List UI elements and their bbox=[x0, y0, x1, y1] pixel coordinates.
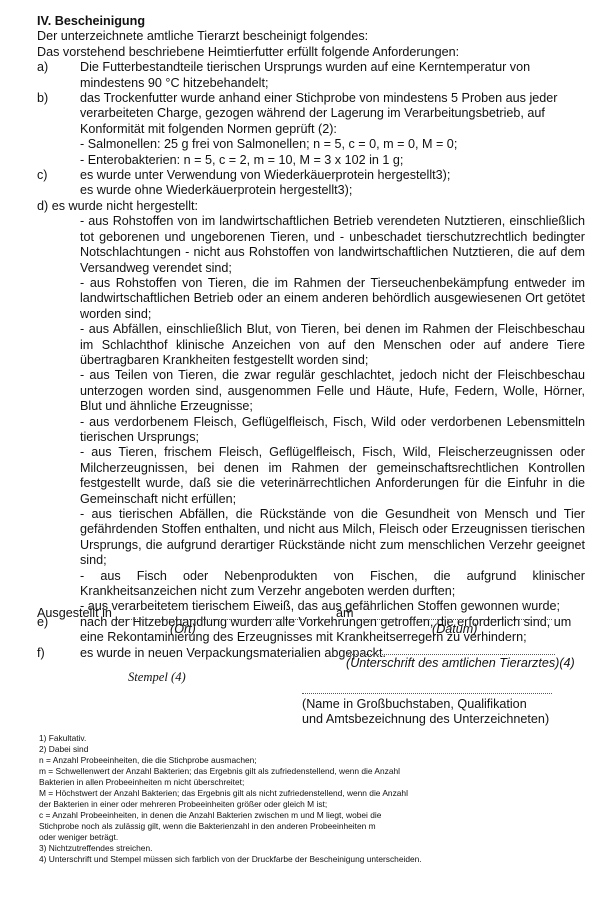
item-line: das Trockenfutter wurde anhand einer Sti… bbox=[80, 91, 585, 106]
exclusion-item: - aus Teilen von Tieren, die zwar regulä… bbox=[80, 368, 585, 414]
certificate-section: IV. Bescheinigung Der unterzeichnete amt… bbox=[37, 14, 585, 661]
name-caption: und Amtsbezeichnung des Unterzeichneten) bbox=[302, 712, 549, 727]
exclusion-item: - aus verdorbenem Fleisch, Geflügelfleis… bbox=[80, 415, 585, 446]
place-field[interactable] bbox=[115, 609, 332, 620]
item-line: - Enterobakterien: n = 5, c = 2, m = 10,… bbox=[80, 153, 585, 168]
intro-line: Das vorstehend beschriebene Heimtierfutt… bbox=[37, 45, 585, 60]
item-line: Konformität mit folgenden Normen geprüft… bbox=[80, 122, 585, 137]
footnote-line: Bakterien in allen Probeeinheiten m nich… bbox=[39, 777, 589, 788]
name-caption: (Name in Großbuchstaben, Qualifikation bbox=[302, 697, 527, 712]
exclusion-item: - aus Fisch oder Nebenprodukten von Fisc… bbox=[80, 569, 585, 600]
footnote-line: m = Schwellenwert der Anzahl Bakterien; … bbox=[39, 766, 589, 777]
place-caption: (Ort) bbox=[170, 622, 196, 637]
vet-signature-field[interactable] bbox=[346, 644, 555, 655]
exclusion-item: - aus Tieren, frischem Fleisch, Geflügel… bbox=[80, 445, 585, 507]
footnote-line: M = Höchstwert der Anzahl Bakterien; das… bbox=[39, 788, 589, 799]
footnote-line: Stichprobe noch als zulässig gilt, wenn … bbox=[39, 821, 589, 832]
requirement-b: b) das Trockenfutter wurde anhand einer … bbox=[37, 91, 585, 168]
am-label: am bbox=[336, 606, 354, 621]
footnote-line: 4) Unterschrift und Stempel müssen sich … bbox=[39, 854, 589, 865]
footnote-line: c = Anzahl Probeeinheiten, in denen die … bbox=[39, 810, 589, 821]
footnote-line: 2) Dabei sind bbox=[39, 744, 589, 755]
requirement-a: a) Die Futterbestandteile tierischen Urs… bbox=[37, 60, 585, 91]
intro-line: Der unterzeichnete amtliche Tierarzt bes… bbox=[37, 29, 585, 44]
item-line: es wurde ohne Wiederkäuerprotein hergest… bbox=[80, 183, 585, 198]
item-label: c) bbox=[37, 168, 80, 199]
item-line: es wurde unter Verwendung von Wiederkäue… bbox=[80, 168, 585, 183]
requirement-c: c) es wurde unter Verwendung von Wiederk… bbox=[37, 168, 585, 199]
exclusion-item: - aus Rohstoffen von im landwirtschaftli… bbox=[80, 214, 585, 276]
exclusion-item: - aus Abfällen, einschließlich Blut, von… bbox=[80, 322, 585, 368]
date-caption: (Datum) bbox=[432, 622, 477, 637]
item-line: - Salmonellen: 25 g frei von Salmonellen… bbox=[80, 137, 585, 152]
date-field[interactable] bbox=[360, 609, 552, 620]
footnotes: 1) Fakultativ. 2) Dabei sind n = Anzahl … bbox=[39, 733, 589, 865]
stamp-label: Stempel (4) bbox=[128, 670, 186, 685]
item-line: mindestens 90 °C hitzebehandelt; bbox=[80, 76, 585, 91]
footnote-line: 3) Nichtzutreffendes streichen. bbox=[39, 843, 589, 854]
name-field[interactable] bbox=[302, 683, 552, 694]
item-label: f) bbox=[37, 646, 80, 661]
footnote-line: 1) Fakultativ. bbox=[39, 733, 589, 744]
exclusion-item: - aus tierischen Abfällen, die Rückständ… bbox=[80, 507, 585, 569]
item-line: Die Futterbestandteile tierischen Urspru… bbox=[80, 60, 585, 75]
issued-in-label: Ausgestellt in bbox=[37, 606, 112, 621]
vet-signature-caption: (Unterschrift des amtlichen Tierarztes)(… bbox=[346, 656, 575, 671]
requirement-d-list: - aus Rohstoffen von im landwirtschaftli… bbox=[80, 214, 585, 615]
item-label: b) bbox=[37, 91, 80, 168]
footnote-line: oder weniger beträgt. bbox=[39, 832, 589, 843]
item-line: verarbeiteten Charge, gezogen während de… bbox=[80, 106, 585, 121]
section-heading: IV. Bescheinigung bbox=[37, 14, 585, 29]
footnote-line: n = Anzahl Probeeinheiten, die die Stich… bbox=[39, 755, 589, 766]
exclusion-item: - aus Rohstoffen von Tieren, die im Rahm… bbox=[80, 276, 585, 322]
footnote-line: der Bakterien in einer oder mehreren Pro… bbox=[39, 799, 589, 810]
requirement-d-label: d) es wurde nicht hergestellt: bbox=[37, 199, 585, 214]
item-label: a) bbox=[37, 60, 80, 91]
